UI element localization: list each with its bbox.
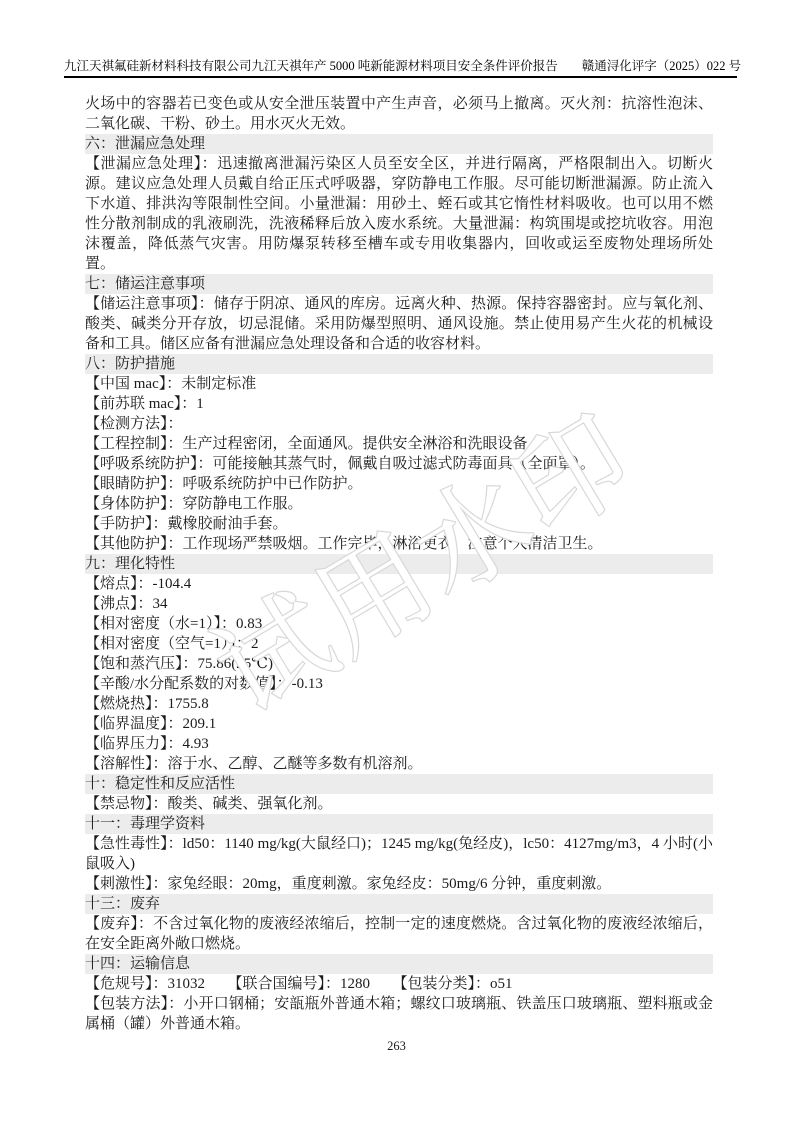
combustion-heat-line: 【燃烧热】：1755.8	[85, 694, 713, 714]
header-report-title: 九江天祺氟硅新材料科技有限公司九江天祺年产 5000 吨新能源材料项目安全条件评…	[64, 58, 558, 74]
detection-method-line: 【检测方法】：	[85, 414, 713, 434]
header-document-number: 赣通浔化评字（2025）022 号	[582, 58, 741, 74]
irritation-line: 【刺激性】：家兔经眼：20mg，重度刺激。家兔经皮：50mg/6 分钟，重度刺激…	[85, 874, 713, 894]
acute-toxicity-paragraph: 【急性毒性】：ld50：1140 mg/kg(大鼠经口)；1245 mg/kg(…	[85, 834, 713, 874]
packing-method-paragraph: 【包装方法】：小开口钢桶；安瓿瓶外普通木箱；螺纹口玻璃瓶、铁盖压口玻璃瓶、塑料瓶…	[85, 994, 713, 1034]
page-number: 263	[0, 1039, 793, 1054]
section-header-leak-response: 六：泄漏应急处理	[85, 134, 713, 154]
melting-point-line: 【熔点】：-104.4	[85, 574, 713, 594]
section-header-storage: 七：储运注意事项	[85, 274, 713, 294]
eye-protection-line: 【眼睛防护】：呼吸系统防护中已作防护。	[85, 474, 713, 494]
document-page: 九江天祺氟硅新材料科技有限公司九江天祺年产 5000 吨新能源材料项目安全条件评…	[0, 0, 793, 1122]
vapor-pressure-line: 【饱和蒸汽压】：75.86(25℃)	[85, 654, 713, 674]
solubility-line: 【溶解性】：溶于水、乙醇、乙醚等多数有机溶剂。	[85, 754, 713, 774]
storage-paragraph: 【储运注意事项】：储存于阴凉、通风的库房。远离火种、热源。保持容器密封。应与氧化…	[85, 294, 713, 354]
boiling-point-line: 【沸点】：34	[85, 594, 713, 614]
leak-response-paragraph: 【泄漏应急处理】：迅速撤离泄漏污染区人员至安全区，并进行隔离，严格限制出入。切断…	[85, 154, 713, 274]
body-protection-line: 【身体防护】：穿防静电工作服。	[85, 494, 713, 514]
section-header-transport: 十四：运输信息	[85, 954, 713, 974]
engineering-control-line: 【工程控制】：生产过程密闭，全面通风。提供安全淋浴和洗眼设备。	[85, 434, 713, 454]
fire-container-paragraph: 火场中的容器若已变色或从安全泄压装置中产生声音，必须马上撤离。灭火剂：抗溶性泡沫…	[85, 94, 713, 134]
disposal-paragraph: 【废弃】：不含过氧化物的废液经浓缩后，控制一定的速度燃烧。含过氧化物的废液经浓缩…	[85, 914, 713, 954]
document-body: 火场中的容器若已变色或从安全泄压装置中产生声音，必须马上撤离。灭火剂：抗溶性泡沫…	[85, 94, 713, 1034]
page-header: 九江天祺氟硅新材料科技有限公司九江天祺年产 5000 吨新能源材料项目安全条件评…	[64, 58, 737, 78]
section-header-disposal: 十三：废弃	[85, 894, 713, 914]
relative-density-air-line: 【相对密度（空气=1）】：2	[85, 634, 713, 654]
china-mac-line: 【中国 mac】：未制定标准	[85, 374, 713, 394]
section-header-stability: 十：稳定性和反应活性	[85, 774, 713, 794]
other-protection-line: 【其他防护】：工作现场严禁吸烟。工作完毕，淋浴更衣。注意个人清洁卫生。	[85, 534, 713, 554]
incompatibles-line: 【禁忌物】：酸类、碱类、强氧化剂。	[85, 794, 713, 814]
section-header-properties: 九：理化特性	[85, 554, 713, 574]
critical-pressure-line: 【临界压力】：4.93	[85, 734, 713, 754]
transport-codes-line: 【危规号】：31032 【联合国编号】：1280 【包装分类】：o51	[85, 974, 713, 994]
partition-coefficient-line: 【辛酸/水分配系数的对数值】：-0.13	[85, 674, 713, 694]
respiratory-protection-line: 【呼吸系统防护】：可能接触其蒸气时，佩戴自吸过滤式防毒面具（全面罩）。	[85, 454, 713, 474]
section-header-protection: 八：防护措施	[85, 354, 713, 374]
hand-protection-line: 【手防护】：戴橡胶耐油手套。	[85, 514, 713, 534]
section-header-toxicology: 十一：毒理学资料	[85, 814, 713, 834]
critical-temperature-line: 【临界温度】：209.1	[85, 714, 713, 734]
relative-density-water-line: 【相对密度（水=1）】：0.83	[85, 614, 713, 634]
ussr-mac-line: 【前苏联 mac】：1	[85, 394, 713, 414]
